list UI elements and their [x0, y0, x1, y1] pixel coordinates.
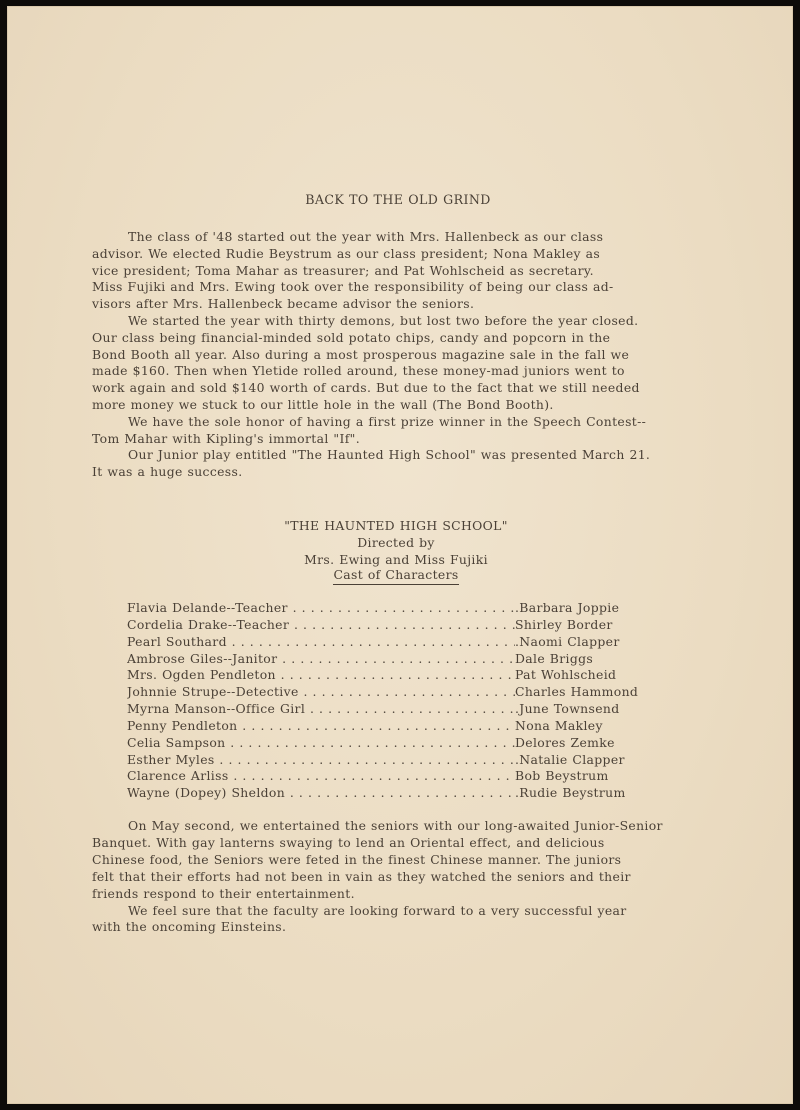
- cast-actor: Shirley Border: [515, 617, 687, 634]
- cast-actor: .Naomi Clapper: [515, 634, 687, 651]
- cast-row: Wayne (Dopey) Sheldon .Rudie Beystrum: [127, 785, 687, 802]
- page-title: BACK TO THE OLD GRIND: [5, 192, 791, 207]
- cast-role: Celia Sampson: [127, 735, 515, 752]
- directed-by-label: Directed by: [3, 534, 789, 551]
- cast-actor: Bob Beystrum: [515, 768, 687, 785]
- cast-row: Myrna Manson--Office Girl .June Townsend: [127, 701, 687, 718]
- cast-row: Mrs. Ogden Pendleton Pat Wohlscheid: [127, 667, 687, 684]
- cast-row: Penny Pendleton Nona Makley: [127, 718, 687, 735]
- cast-heading: Cast of Characters: [3, 567, 789, 582]
- cast-row: Flavia Delande--Teacher .Barbara Joppie: [127, 600, 687, 617]
- paragraph-conclusion: We feel sure that the faculty are lookin…: [92, 903, 742, 937]
- cast-role: Mrs. Ogden Pendleton: [127, 667, 515, 684]
- cast-actor: .Natalie Clapper: [515, 752, 687, 769]
- paragraph-junior-play: Our Junior play entitled "The Haunted Hi…: [92, 447, 732, 481]
- cast-role: Penny Pendleton: [127, 718, 515, 735]
- cast-role: Myrna Manson--Office Girl: [127, 701, 515, 718]
- play-title: "THE HAUNTED HIGH SCHOOL": [3, 517, 789, 534]
- cast-row: Johnnie Strupe--Detective Charles Hammon…: [127, 684, 687, 701]
- cast-actor: .Barbara Joppie: [515, 600, 687, 617]
- cast-actor: Dale Briggs: [515, 651, 687, 668]
- play-directors: Mrs. Ewing and Miss Fujiki: [3, 551, 789, 568]
- cast-row: Pearl Southard .Naomi Clapper: [127, 634, 687, 651]
- cast-list: Flavia Delande--Teacher .Barbara Joppie …: [127, 600, 687, 802]
- cast-heading-text: Cast of Characters: [333, 567, 458, 585]
- play-heading: "THE HAUNTED HIGH SCHOOL" Directed by Mr…: [3, 517, 789, 568]
- cast-actor: Nona Makley: [515, 718, 687, 735]
- cast-row: Celia Sampson Delores Zemke: [127, 735, 687, 752]
- paragraph-class-officers: The class of '48 started out the year wi…: [92, 229, 732, 313]
- intro-text: The class of '48 started out the year wi…: [92, 229, 732, 481]
- closing-text: On May second, we entertained the senior…: [92, 818, 742, 936]
- paragraph-speech-contest: We have the sole honor of having a first…: [92, 414, 732, 448]
- cast-actor: Delores Zemke: [515, 735, 687, 752]
- cast-role: Flavia Delande--Teacher: [127, 600, 515, 617]
- cast-row: Clarence Arliss Bob Beystrum: [127, 768, 687, 785]
- cast-actor: Pat Wohlscheid: [515, 667, 687, 684]
- cast-actor: .June Townsend: [515, 701, 687, 718]
- cast-role: Clarence Arliss: [127, 768, 515, 785]
- cast-row: Ambrose Giles--Janitor Dale Briggs: [127, 651, 687, 668]
- cast-actor: .Rudie Beystrum: [515, 785, 687, 802]
- cast-role: Wayne (Dopey) Sheldon: [127, 785, 515, 802]
- cast-role: Johnnie Strupe--Detective: [127, 684, 515, 701]
- cast-role: Cordelia Drake--Teacher: [127, 617, 515, 634]
- cast-row: Esther Myles .Natalie Clapper: [127, 752, 687, 769]
- cast-row: Cordelia Drake--Teacher Shirley Border: [127, 617, 687, 634]
- cast-role: Esther Myles: [127, 752, 515, 769]
- paragraph-banquet: On May second, we entertained the senior…: [92, 818, 742, 903]
- scanned-page: BACK TO THE OLD GRIND The class of '48 s…: [7, 6, 793, 1104]
- cast-actor: Charles Hammond: [515, 684, 687, 701]
- paragraph-fundraising: We started the year with thirty demons, …: [92, 313, 732, 414]
- cast-role: Pearl Southard: [127, 634, 515, 651]
- cast-role: Ambrose Giles--Janitor: [127, 651, 515, 668]
